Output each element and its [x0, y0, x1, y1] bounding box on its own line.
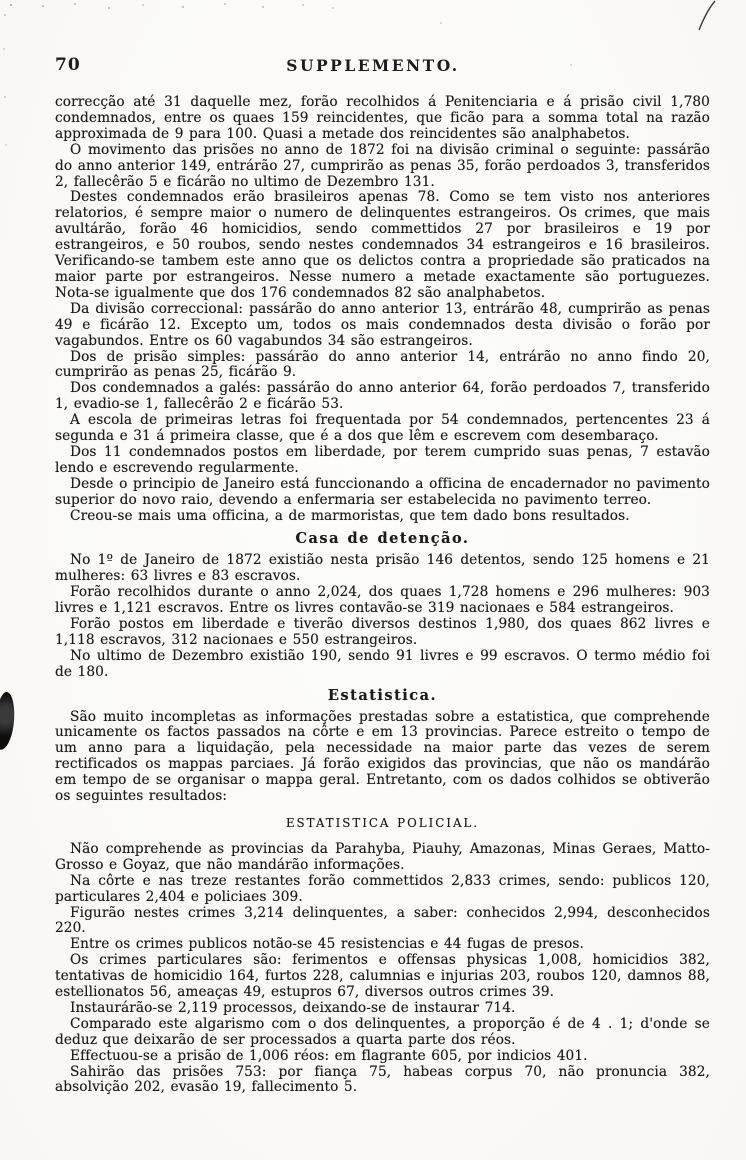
subsection-heading-estatistica-policial: ESTATISTICA POLICIAL.: [55, 816, 710, 832]
paragraph: Não comprehende as provincias da Parahyb…: [55, 842, 710, 874]
page-header: 70 SUPPLEMENTO.: [0, 0, 746, 78]
paragraph: Entre os crimes publicos notão-se 45 res…: [55, 937, 710, 953]
paragraph: Dos de prisão simples: passárão do anno …: [55, 350, 710, 382]
paragraph: Dos condemnados a galés: passárão do ann…: [55, 381, 710, 413]
paragraph: Instaurárão-se 2,119 processos, deixando…: [55, 1001, 710, 1017]
paragraph: Na côrte e nas treze restantes forão com…: [55, 874, 710, 906]
page-body: correcção até 31 daquelle mez, forão rec…: [0, 78, 746, 1096]
paragraph: No ultimo de Dezembro existião 190, send…: [55, 649, 710, 681]
paragraph: correcção até 31 daquelle mez, forão rec…: [55, 95, 710, 143]
paragraph: Da divisão correccional: passárão do ann…: [55, 302, 710, 350]
paragraph: Destes condemnados erão brasileiros apen…: [55, 190, 710, 301]
page-number: 70: [55, 55, 81, 75]
paragraph: Dos 11 condemnados postos em liberdade, …: [55, 445, 710, 477]
paragraph: Forão postos em liberdade e tiverão dive…: [55, 617, 710, 649]
paragraph: Forão recolhidos durante o anno 2,024, d…: [55, 585, 710, 617]
document-page: 70 SUPPLEMENTO. correcção até 31 daquell…: [0, 0, 746, 1160]
paragraph: Desde o principio de Janeiro está funcci…: [55, 477, 710, 509]
paragraph: Comparado este algarismo com o dos delin…: [55, 1017, 710, 1049]
paragraph: São muito incompletas as informações pre…: [55, 710, 710, 805]
paragraph: No 1º de Janeiro de 1872 existião nesta …: [55, 553, 710, 585]
paragraph: O movimento das prisões no anno de 1872 …: [55, 143, 710, 191]
paragraph: A escola de primeiras letras foi frequen…: [55, 413, 710, 445]
paragraph: Sahirão das prisões 753: por fiança 75, …: [55, 1065, 710, 1097]
paragraph: Figurão nestes crimes 3,214 delinquentes…: [55, 906, 710, 938]
paragraph: Creou-se mais uma officina, a de marmori…: [55, 509, 710, 525]
paragraph: Os crimes particulares são: ferimentos e…: [55, 953, 710, 1001]
section-heading-estatistica: Estatistica.: [55, 688, 710, 704]
section-heading-casa-de-detencao: Casa de detenção.: [55, 531, 710, 547]
paragraph: Effectuou-se a prisão de 1,006 réos: em …: [55, 1049, 710, 1065]
running-title: SUPPLEMENTO.: [0, 56, 746, 75]
